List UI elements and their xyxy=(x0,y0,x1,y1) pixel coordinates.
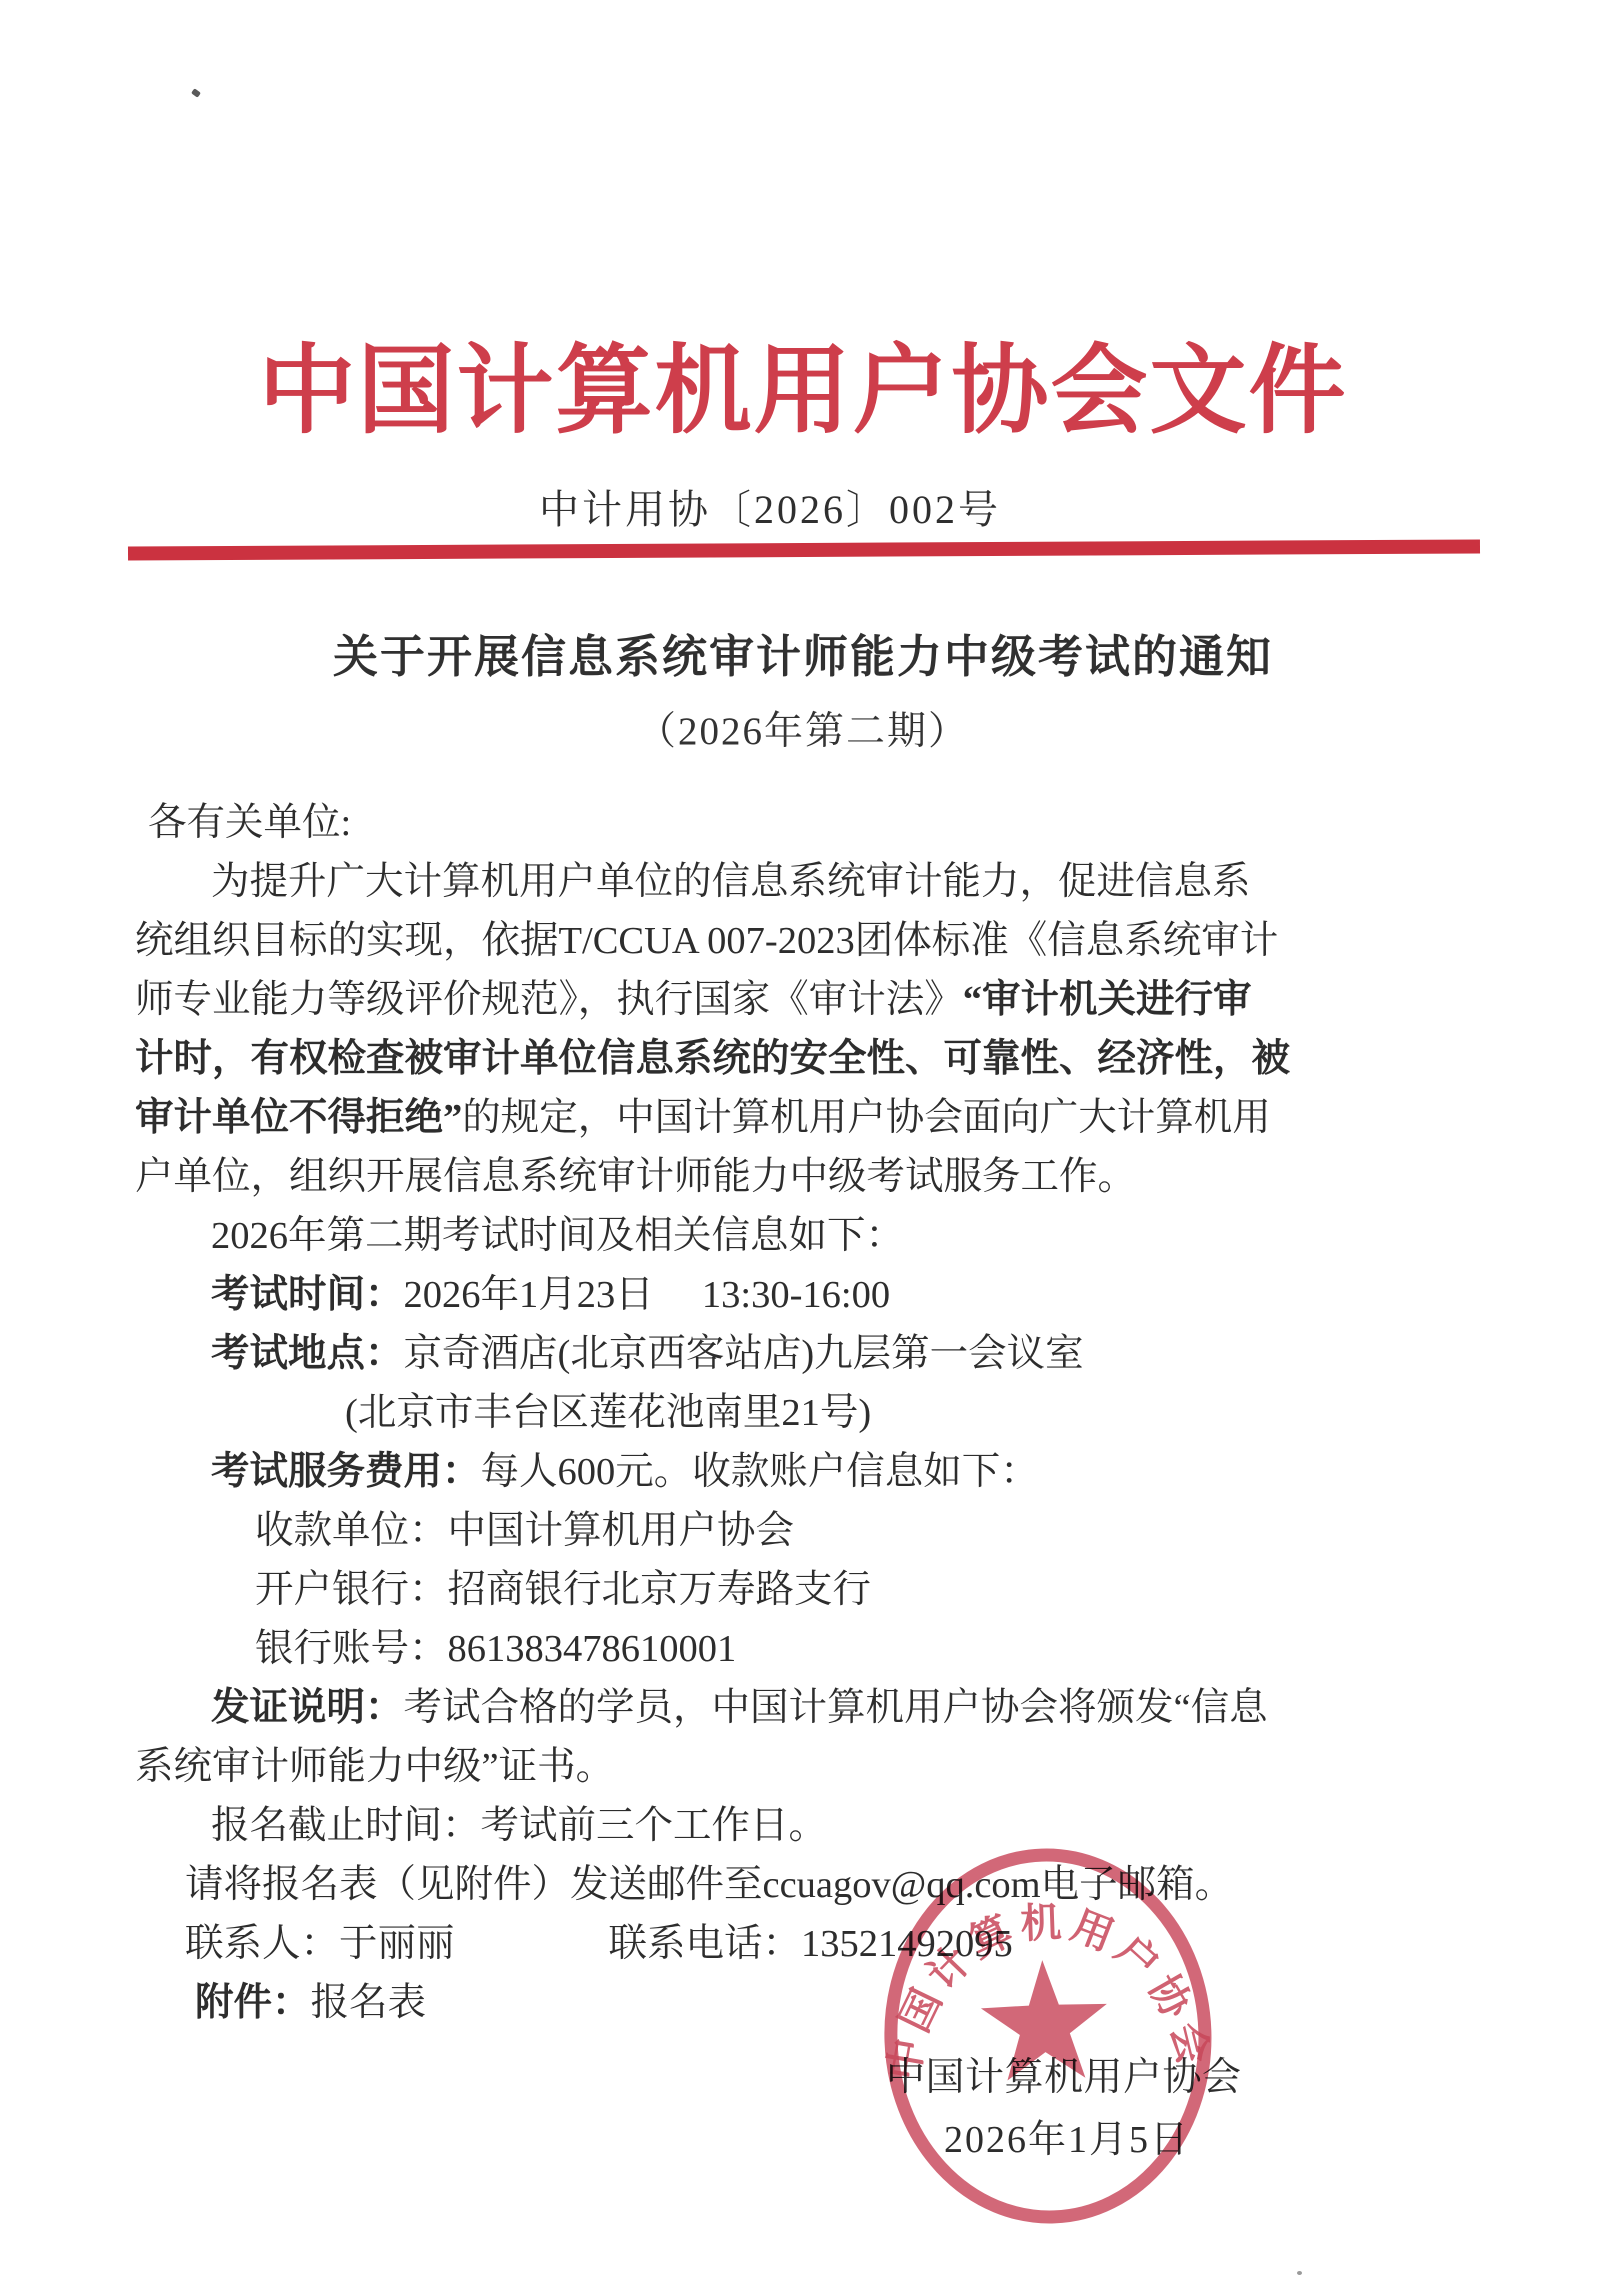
salutation-line: 各有关单位: xyxy=(135,794,1480,853)
account-line: 银行账号：861383478610001 xyxy=(135,1620,1480,1679)
body-line: 户单位，组织开展信息系统审计师能力中级考试服务工作。 xyxy=(135,1148,1480,1207)
body-line: 为提升广大计算机用户单位的信息系统审计能力，促进信息系 xyxy=(135,853,1480,912)
deadline-line: 报名截止时间：考试前三个工作日。 xyxy=(135,1797,1480,1856)
document-number: 中计用协〔2026〕002号 xyxy=(0,478,1540,535)
payee-line: 收款单位：中国计算机用户协会 xyxy=(135,1502,1480,1561)
exam-time-line: 考试时间：2026年1月23日 13:30-16:00 xyxy=(135,1266,1480,1325)
official-seal: 中国计算机用户协会 xyxy=(859,1830,1237,2246)
seal-star-icon xyxy=(979,1958,1109,2081)
exam-fee-line: 考试服务费用：每人600元。收款账户信息如下： xyxy=(135,1443,1480,1502)
notice-title: 关于开展信息系统审计师能力中级考试的通知 xyxy=(0,620,1606,685)
notice-body: 各有关单位: 为提升广大计算机用户单位的信息系统审计能力，促进信息系 统组织目标… xyxy=(135,794,1480,2033)
bank-line: 开户银行：招商银行北京万寿路支行 xyxy=(135,1561,1480,1620)
body-line: 审计单位不得拒绝”的规定，中国计算机用户协会面向广大计算机用 xyxy=(135,1089,1480,1148)
certificate-line: 发证说明：考试合格的学员，中国计算机用户协会将颁发“信息 xyxy=(135,1679,1480,1738)
email-line: 请将报名表（见附件）发送邮件至ccuagov@qq.com电子邮箱。 xyxy=(135,1856,1480,1915)
contact-line: 联系人：于丽丽 联系电话：13521492095 xyxy=(135,1915,1480,1974)
notice-subtitle: （2026年第二期） xyxy=(0,700,1606,756)
letterhead-org-title: 中国计算机用户协会文件 xyxy=(0,312,1606,452)
document-page: 中国计算机用户协会文件 中计用协〔2026〕002号 关于开展信息系统审计师能力… xyxy=(0,0,1606,2291)
exam-location-line: 考试地点：京奇酒店(北京西客站店)九层第一会议室 xyxy=(135,1325,1480,1384)
body-line: 师专业能力等级评价规范》，执行国家《审计法》“审计机关进行审 xyxy=(135,971,1480,1030)
body-line: 2026年第二期考试时间及相关信息如下： xyxy=(135,1207,1480,1266)
letterhead-divider-rule xyxy=(128,539,1480,560)
body-line: 统组织目标的实现，依据T/CCUA 007-2023团体标准《信息系统审计 xyxy=(135,912,1480,971)
scan-speck xyxy=(191,88,201,98)
body-line-quote: 计时，有权检查被审计单位信息系统的安全性、可靠性、经济性，被 xyxy=(135,1030,1480,1089)
exam-address-line: (北京市丰台区莲花池南里21号) xyxy=(135,1384,1480,1443)
attachment-line: 附件：报名表 xyxy=(135,1974,1480,2033)
body-line: 系统审计师能力中级”证书。 xyxy=(135,1738,1480,1797)
scan-speck xyxy=(1297,2271,1302,2275)
